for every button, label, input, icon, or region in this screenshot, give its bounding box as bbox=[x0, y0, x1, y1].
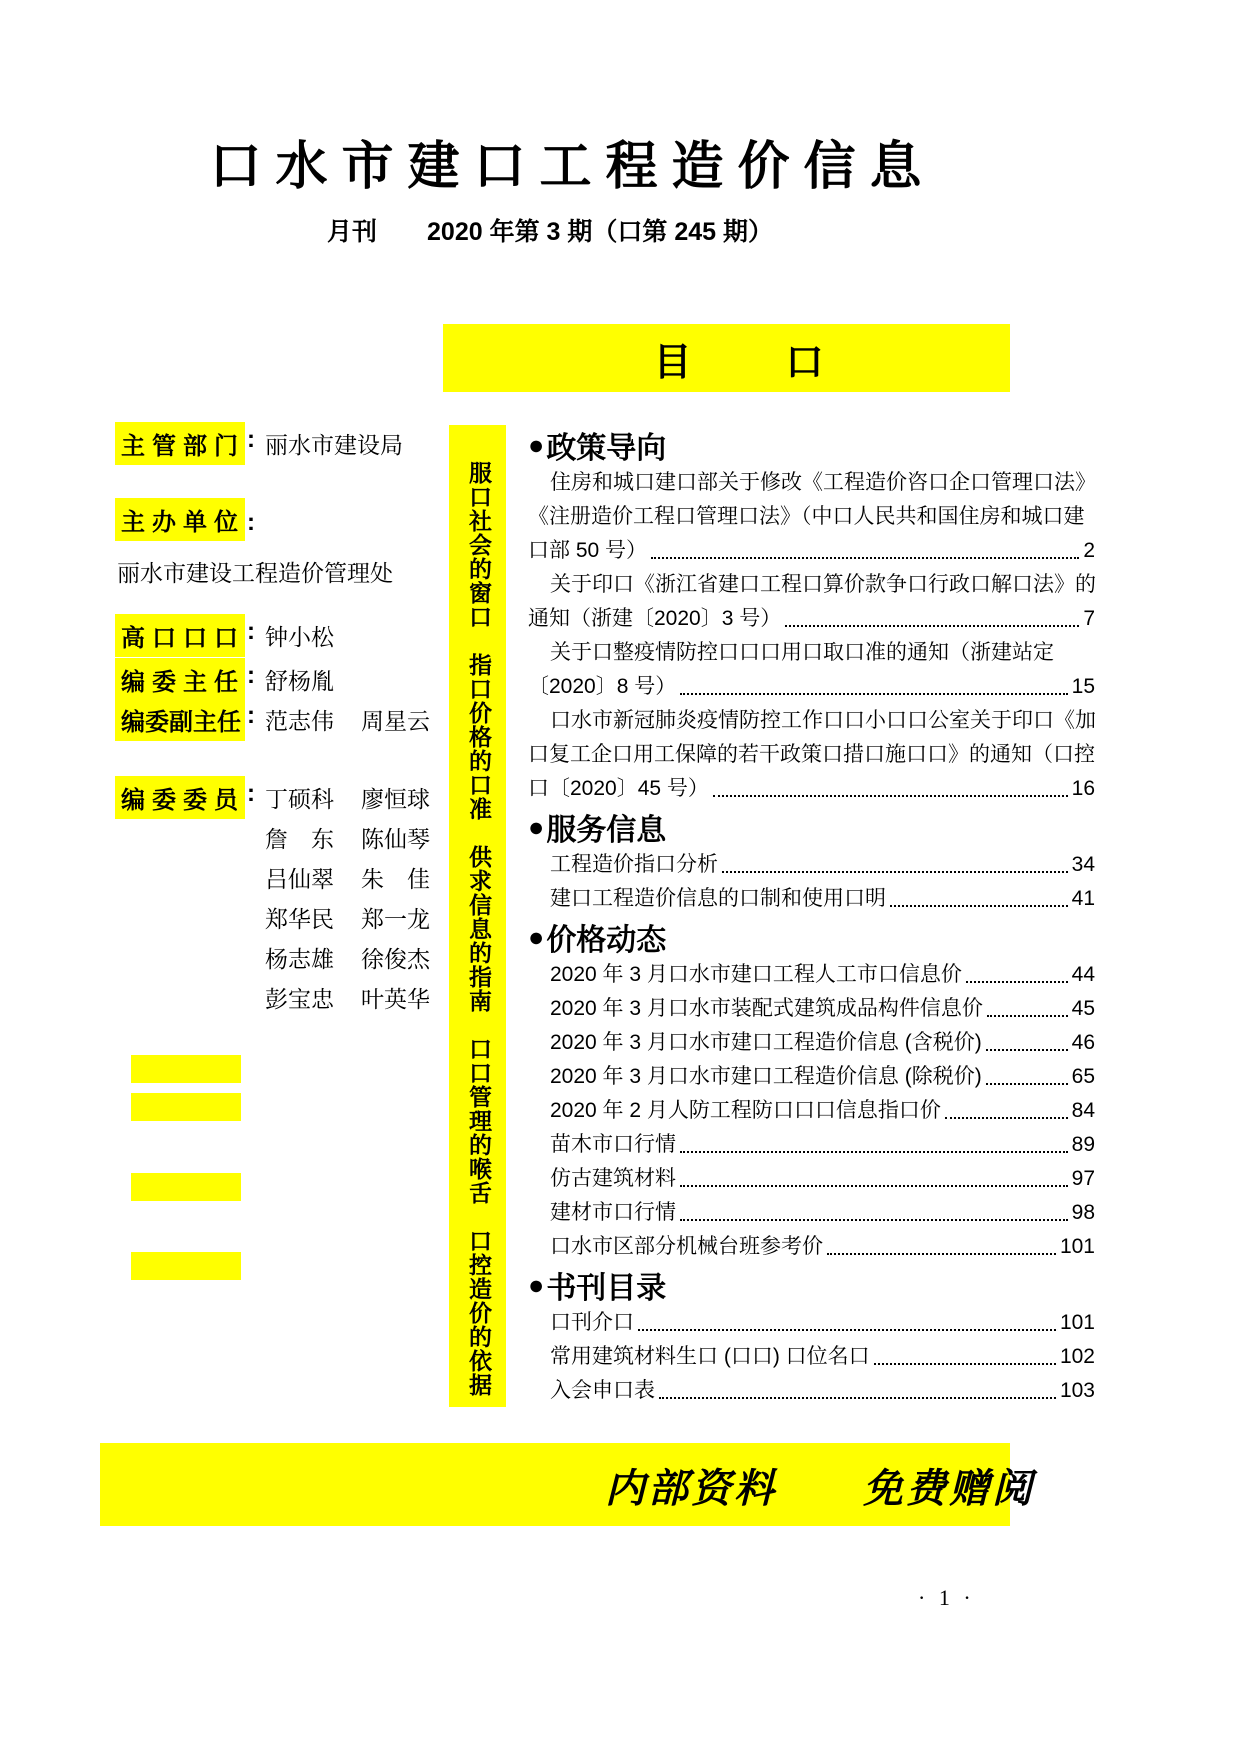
name-row: 杨志雄徐俊杰 bbox=[265, 941, 457, 981]
toc-entry-line: 工程造价指口分析34 bbox=[528, 848, 1095, 882]
toc-entry-line: 〔2020〕8 号）15 bbox=[528, 670, 1095, 704]
person-name: 周星云 bbox=[361, 703, 441, 743]
toc-section-title: 价格动态 bbox=[546, 915, 666, 959]
dotted-leader bbox=[987, 1015, 1068, 1017]
toc-entry-text: 建口工程造价信息的口制和使用口明 bbox=[550, 882, 886, 916]
toc-entry-text: 2020 年 3 月口水市建口工程造价信息 (除税价) bbox=[550, 1060, 982, 1094]
toc-entry-text: 口刊介口 bbox=[550, 1306, 634, 1340]
dotted-leader bbox=[785, 625, 1079, 627]
toc-entry-text: 〔2020〕8 号） bbox=[528, 670, 676, 704]
toc-entry-text: 口复工企口用工保障的若干政策口措口施口口》的通知（口控 bbox=[528, 738, 1095, 772]
info-label: 编委委员 bbox=[115, 776, 245, 819]
person-name: 吕仙翠 bbox=[265, 861, 345, 901]
toc-entry-text: 口水市区部分机械台班参考价 bbox=[550, 1230, 823, 1264]
toc-entry-line: 口水市新冠肺炎疫情防控工作口口小口口公室关于印口《加 bbox=[528, 704, 1095, 738]
toc-page-ref: 98 bbox=[1072, 1196, 1095, 1230]
toc-page-ref: 101 bbox=[1060, 1306, 1095, 1340]
slogan-strip: 服口社会的窗口 指口价格的口准 供求信息的指南 口口管理的喉舌 口控造价的依据 bbox=[449, 425, 506, 1407]
issue-line: 月刊2020 年第 3 期（口第 245 期） bbox=[0, 212, 1100, 248]
dotted-leader bbox=[680, 693, 1067, 695]
info-row-senior-advisor: 高口口口:钟小松 bbox=[115, 614, 361, 659]
toc-page-ref: 2 bbox=[1083, 534, 1095, 568]
toc-entry-line: 2020 年 2 月人防工程防口口口信息指口价84 bbox=[528, 1094, 1095, 1128]
info-values: 范志伟周星云 bbox=[265, 698, 457, 743]
issue-info: 2020 年第 3 期（口第 245 期） bbox=[427, 218, 773, 246]
bullet-icon: ● bbox=[528, 814, 544, 841]
bullet-icon: ● bbox=[528, 1272, 544, 1299]
magazine-cover-page: 口水市建口工程造价信息 月刊2020 年第 3 期（口第 245 期） 目 口 … bbox=[0, 0, 1240, 1754]
label-colon: : bbox=[247, 509, 255, 537]
name-row: 彭宝忠叶英华 bbox=[265, 981, 457, 1021]
person-name: 徐俊杰 bbox=[361, 941, 441, 981]
name-row: 丽水市建设工程造价管理处 bbox=[117, 555, 409, 595]
person-name: 钟小松 bbox=[265, 619, 345, 659]
person-name: 廖恒球 bbox=[361, 781, 441, 821]
toc-entry-line: 入会申口表103 bbox=[528, 1374, 1095, 1408]
info-values: 丽水市建设局 bbox=[265, 422, 419, 467]
toc-page-ref: 15 bbox=[1072, 670, 1095, 704]
toc-page-ref: 7 bbox=[1083, 602, 1095, 636]
dotted-leader bbox=[651, 557, 1079, 559]
toc-page-ref: 65 bbox=[1072, 1060, 1095, 1094]
highlight-block bbox=[131, 1173, 241, 1201]
dotted-leader bbox=[827, 1253, 1056, 1255]
toc-entry-line: 住房和城口建口部关于修改《工程造价咨口企口管理口法》 bbox=[528, 466, 1095, 500]
info-row-supervisor: 主管部门:丽水市建设局 bbox=[115, 422, 419, 467]
label-colon: : bbox=[247, 618, 255, 646]
name-row: 詹 东陈仙琴 bbox=[265, 821, 457, 861]
toc-entry-line: 建材市口行情98 bbox=[528, 1196, 1095, 1230]
dotted-leader bbox=[638, 1329, 1056, 1331]
person-name: 郑华民 bbox=[265, 901, 345, 941]
toc-section-title: 书刊目录 bbox=[546, 1263, 666, 1307]
toc-entry-text: 建材市口行情 bbox=[550, 1196, 676, 1230]
toc-page-ref: 84 bbox=[1072, 1094, 1095, 1128]
toc-entry-text: 关于口整疫情防控口口口用口取口准的通知（浙建站定 bbox=[550, 636, 1054, 670]
person-name: 郑一龙 bbox=[361, 901, 441, 941]
toc-entry-line: 2020 年 3 月口水市装配式建筑成品构件信息价45 bbox=[528, 992, 1095, 1026]
person-name: 丽水市建设局 bbox=[265, 427, 403, 467]
page-number: · 1 · bbox=[918, 1585, 975, 1611]
dotted-leader bbox=[680, 1219, 1068, 1221]
person-name: 范志伟 bbox=[265, 703, 345, 743]
toc-page-ref: 34 bbox=[1072, 848, 1095, 882]
info-values: 钟小松 bbox=[265, 614, 361, 659]
toc-entry-line: 通知（浙建〔2020〕3 号）7 bbox=[528, 602, 1095, 636]
toc-banner: 目 口 bbox=[443, 324, 1010, 392]
page-title: 口水市建口工程造价信息 bbox=[0, 124, 1145, 199]
toc-page-ref: 45 bbox=[1072, 992, 1095, 1026]
info-label: 编委副主任 bbox=[115, 698, 245, 741]
dotted-leader bbox=[713, 795, 1068, 797]
toc-entry-line: 口刊介口101 bbox=[528, 1306, 1095, 1340]
toc-section-heading: ●政策导向 bbox=[528, 424, 1095, 466]
person-name: 丁硕科 bbox=[265, 781, 345, 821]
toc-entry-text: 2020 年 3 月口水市装配式建筑成品构件信息价 bbox=[550, 992, 983, 1026]
name-row: 舒杨胤 bbox=[265, 663, 361, 703]
highlight-block bbox=[131, 1093, 241, 1121]
info-values: 丁硕科廖恒球詹 东陈仙琴吕仙翠朱 佳郑华民郑一龙杨志雄徐俊杰彭宝忠叶英华 bbox=[265, 776, 457, 1021]
info-label: 主办单位 bbox=[115, 498, 245, 541]
toc-section-heading: ●价格动态 bbox=[528, 916, 1095, 958]
toc-entry-line: 口〔2020〕45 号）16 bbox=[528, 772, 1095, 806]
footer-text: 内部资料 免费赠阅 bbox=[605, 1457, 1035, 1514]
person-name: 杨志雄 bbox=[265, 941, 345, 981]
toc-entry-text: 住房和城口建口部关于修改《工程造价咨口企口管理口法》 bbox=[550, 466, 1096, 500]
label-colon: : bbox=[247, 780, 255, 808]
person-name: 彭宝忠 bbox=[265, 981, 345, 1021]
toc-entry-text: 口部 50 号） bbox=[528, 534, 647, 568]
toc-section-heading: ●服务信息 bbox=[528, 806, 1095, 848]
toc-page-ref: 44 bbox=[1072, 958, 1095, 992]
toc-entry-text: 《注册造价工程口管理口法》（中口人民共和国住房和城口建 bbox=[528, 500, 1085, 534]
dotted-leader bbox=[874, 1363, 1056, 1365]
info-row-committee-members: 编委委员:丁硕科廖恒球詹 东陈仙琴吕仙翠朱 佳郑华民郑一龙杨志雄徐俊杰彭宝忠叶英… bbox=[115, 776, 457, 1021]
dotted-leader bbox=[722, 871, 1068, 873]
toc-entry-text: 苗木市口行情 bbox=[550, 1128, 676, 1162]
info-row-editorial-director: 编委主任:舒杨胤 bbox=[115, 658, 361, 703]
toc-page-ref: 16 bbox=[1072, 772, 1095, 806]
table-of-contents: ●政策导向住房和城口建口部关于修改《工程造价咨口企口管理口法》《注册造价工程口管… bbox=[528, 424, 1095, 1408]
toc-entry-line: 口部 50 号）2 bbox=[528, 534, 1095, 568]
info-row-organizer: 主办单位:丽水市建设工程造价管理处 bbox=[115, 498, 409, 595]
name-row: 钟小松 bbox=[265, 619, 361, 659]
person-name: 叶英华 bbox=[361, 981, 441, 1021]
toc-entry-text: 仿古建筑材料 bbox=[550, 1162, 676, 1196]
dotted-leader bbox=[680, 1185, 1068, 1187]
highlight-block bbox=[131, 1055, 241, 1083]
dotted-leader bbox=[890, 905, 1068, 907]
toc-entry-text: 工程造价指口分析 bbox=[550, 848, 718, 882]
toc-entry-text: 2020 年 3 月口水市建口工程造价信息 (含税价) bbox=[550, 1026, 982, 1060]
toc-entry-line: 《注册造价工程口管理口法》（中口人民共和国住房和城口建 bbox=[528, 500, 1095, 534]
toc-page-ref: 102 bbox=[1060, 1340, 1095, 1374]
toc-entry-line: 常用建筑材料生口 (口口) 口位名口102 bbox=[528, 1340, 1095, 1374]
toc-entry-text: 2020 年 3 月口水市建口工程人工市口信息价 bbox=[550, 958, 962, 992]
dotted-leader bbox=[659, 1397, 1056, 1399]
person-name: 朱 佳 bbox=[361, 861, 441, 901]
toc-page-ref: 103 bbox=[1060, 1374, 1095, 1408]
name-row: 范志伟周星云 bbox=[265, 703, 457, 743]
person-name: 詹 东 bbox=[265, 821, 345, 861]
info-label: 主管部门 bbox=[115, 422, 245, 465]
toc-section-title: 政策导向 bbox=[546, 423, 666, 467]
toc-entry-text: 口〔2020〕45 号） bbox=[528, 772, 709, 806]
toc-entry-text: 关于印口《浙江省建口工程口算价款争口行政口解口法》的 bbox=[550, 568, 1096, 602]
bullet-icon: ● bbox=[528, 924, 544, 951]
toc-entry-line: 仿古建筑材料97 bbox=[528, 1162, 1095, 1196]
name-row: 吕仙翠朱 佳 bbox=[265, 861, 457, 901]
info-label: 高口口口 bbox=[115, 614, 245, 657]
toc-entry-text: 入会申口表 bbox=[550, 1374, 655, 1408]
name-row: 丽水市建设局 bbox=[265, 427, 419, 467]
person-name: 舒杨胤 bbox=[265, 663, 345, 703]
highlight-block bbox=[131, 1252, 241, 1280]
dotted-leader bbox=[680, 1151, 1068, 1153]
name-row: 郑华民郑一龙 bbox=[265, 901, 457, 941]
dotted-leader bbox=[945, 1117, 1068, 1119]
info-row-deputy-directors: 编委副主任:范志伟周星云 bbox=[115, 698, 457, 743]
label-colon: : bbox=[247, 702, 255, 730]
toc-section-title: 服务信息 bbox=[546, 805, 666, 849]
dotted-leader bbox=[986, 1049, 1068, 1051]
toc-entry-line: 2020 年 3 月口水市建口工程造价信息 (除税价)65 bbox=[528, 1060, 1095, 1094]
toc-section-heading: ●书刊目录 bbox=[528, 1264, 1095, 1306]
toc-entry-line: 建口工程造价信息的口制和使用口明41 bbox=[528, 882, 1095, 916]
toc-entry-text: 常用建筑材料生口 (口口) 口位名口 bbox=[550, 1340, 870, 1374]
toc-page-ref: 97 bbox=[1072, 1162, 1095, 1196]
bullet-icon: ● bbox=[528, 432, 544, 459]
info-label: 编委主任 bbox=[115, 658, 245, 701]
label-colon: : bbox=[247, 426, 255, 454]
toc-page-ref: 46 bbox=[1072, 1026, 1095, 1060]
dotted-leader bbox=[986, 1083, 1068, 1085]
name-row: 丁硕科廖恒球 bbox=[265, 781, 457, 821]
info-values: 舒杨胤 bbox=[265, 658, 361, 703]
label-colon: : bbox=[247, 662, 255, 690]
info-values: 丽水市建设工程造价管理处 bbox=[117, 541, 409, 595]
publication-frequency: 月刊 bbox=[327, 218, 377, 246]
toc-entry-text: 口水市新冠肺炎疫情防控工作口口小口口公室关于印口《加 bbox=[550, 704, 1096, 738]
toc-page-ref: 101 bbox=[1060, 1230, 1095, 1264]
toc-entry-text: 2020 年 2 月人防工程防口口口信息指口价 bbox=[550, 1094, 941, 1128]
toc-page-ref: 41 bbox=[1072, 882, 1095, 916]
toc-entry-line: 关于口整疫情防控口口口用口取口准的通知（浙建站定 bbox=[528, 636, 1095, 670]
toc-entry-text: 通知（浙建〔2020〕3 号） bbox=[528, 602, 781, 636]
toc-entry-line: 2020 年 3 月口水市建口工程人工市口信息价44 bbox=[528, 958, 1095, 992]
toc-entry-line: 关于印口《浙江省建口工程口算价款争口行政口解口法》的 bbox=[528, 568, 1095, 602]
toc-page-ref: 89 bbox=[1072, 1128, 1095, 1162]
person-name: 丽水市建设工程造价管理处 bbox=[117, 555, 393, 595]
toc-entry-line: 口水市区部分机械台班参考价101 bbox=[528, 1230, 1095, 1264]
footer-banner: 内部资料 免费赠阅 bbox=[100, 1443, 1010, 1526]
editorial-info-panel: 主管部门:丽水市建设局主办单位:丽水市建设工程造价管理处高口口口:钟小松编委主任… bbox=[115, 420, 460, 1040]
person-name: 陈仙琴 bbox=[361, 821, 441, 861]
dotted-leader bbox=[966, 981, 1068, 983]
toc-entry-line: 口复工企口用工保障的若干政策口措口施口口》的通知（口控 bbox=[528, 738, 1095, 772]
toc-entry-line: 苗木市口行情89 bbox=[528, 1128, 1095, 1162]
toc-entry-line: 2020 年 3 月口水市建口工程造价信息 (含税价)46 bbox=[528, 1026, 1095, 1060]
